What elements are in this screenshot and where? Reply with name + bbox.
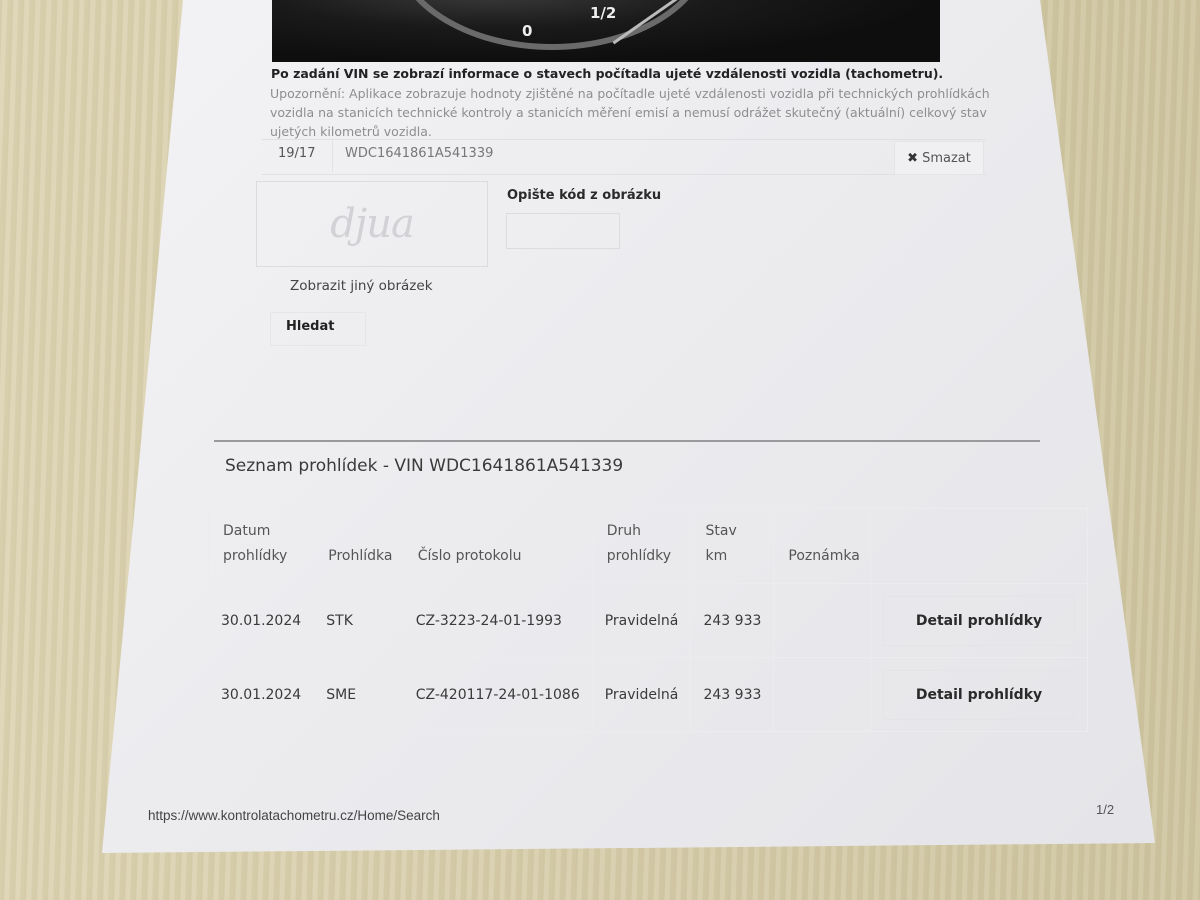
search-button[interactable]: Hledat — [270, 312, 366, 346]
cell-protocol: CZ-3223-24-01-1993 — [403, 584, 592, 658]
captcha-label: Opište kód z obrázku — [507, 188, 661, 203]
print-footer-url: https://www.kontrolatachometru.cz/Home/S… — [148, 808, 440, 823]
vin-search-row: 19/17 WDC1641861A541339 ✖ Smazat — [262, 139, 986, 175]
gauge-mark-half: 1/2 — [590, 4, 616, 22]
cell-protocol: CZ-420117-24-01-1086 — [403, 658, 592, 732]
cell-date: 30.01.2024 — [209, 584, 314, 658]
clear-button[interactable]: ✖ Smazat — [894, 141, 984, 175]
col-km: Stavkm — [691, 509, 774, 584]
table-row: 30.01.2024STKCZ-3223-24-01-1993Pravideln… — [209, 584, 1088, 658]
cell-action: Detail prohlídky — [871, 658, 1088, 732]
cell-kind: Pravidelná — [592, 584, 691, 658]
refresh-captcha-link[interactable]: Zobrazit jiný obrázek — [290, 278, 433, 294]
section-divider — [214, 440, 1040, 442]
captcha-input[interactable] — [506, 213, 620, 249]
cell-kind: Pravidelná — [592, 658, 691, 732]
col-protocol: Číslo protokolu — [403, 509, 592, 584]
cell-km: 243 933 — [691, 658, 774, 732]
col-inspection: Prohlídka — [314, 509, 403, 584]
vin-input[interactable]: WDC1641861A541339 — [332, 140, 892, 172]
col-kind: Druhprohlídky — [592, 509, 691, 584]
printed-page: 0 1/2 Po zadání VIN se zobrazí informace… — [0, 0, 1200, 900]
speedometer-photo: 0 1/2 — [272, 0, 940, 62]
detail-button[interactable]: Detail prohlídky — [883, 596, 1075, 646]
captcha-image: djua — [256, 181, 488, 267]
cell-type: SME — [314, 658, 403, 732]
results-title: Seznam prohlídek - VIN WDC1641861A541339 — [225, 456, 623, 476]
cell-note — [774, 584, 871, 658]
detail-button[interactable]: Detail prohlídky — [883, 670, 1075, 720]
gauge-mark-zero: 0 — [522, 22, 532, 40]
inspections-table: Datumprohlídky Prohlídka Číslo protokolu… — [208, 508, 1088, 732]
x-icon: ✖ — [907, 151, 918, 166]
col-note: Poznámka — [774, 509, 871, 584]
vin-char-count: 19/17 — [278, 146, 315, 161]
clear-button-label: Smazat — [922, 151, 971, 166]
col-action — [871, 509, 1088, 584]
col-date: Datumprohlídky — [209, 509, 314, 584]
table-header-row: Datumprohlídky Prohlídka Číslo protokolu… — [209, 509, 1088, 584]
table-row: 30.01.2024SMECZ-420117-24-01-1086Pravide… — [209, 658, 1088, 732]
intro-lead: Po zadání VIN se zobrazí informace o sta… — [271, 66, 943, 81]
cell-type: STK — [314, 584, 403, 658]
print-footer-page-number: 1/2 — [1096, 802, 1114, 817]
cell-note — [774, 658, 871, 732]
cell-action: Detail prohlídky — [871, 584, 1088, 658]
cell-km: 243 933 — [691, 584, 774, 658]
captcha-text: djua — [330, 201, 414, 247]
intro-notice: Upozornění: Aplikace zobrazuje hodnoty z… — [270, 84, 990, 141]
cell-date: 30.01.2024 — [209, 658, 314, 732]
